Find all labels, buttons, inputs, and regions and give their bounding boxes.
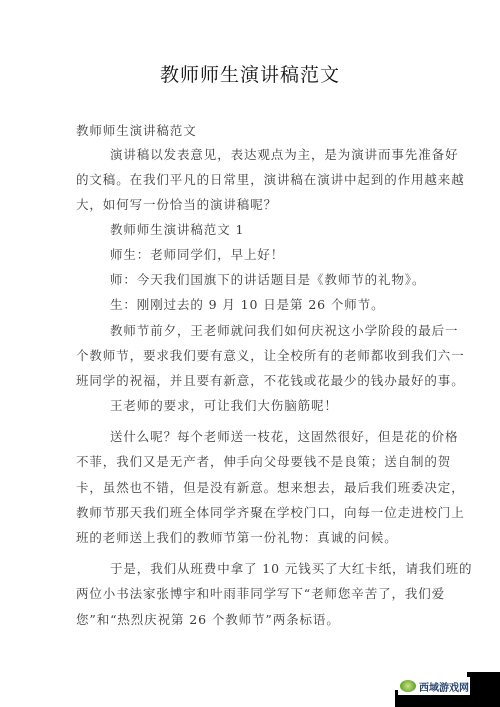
paragraph-line: 师：今天我们国旗下的讲话题目是《教师节的礼物》。 [110, 272, 425, 287]
leaf-globe-logo-icon [400, 680, 416, 692]
paragraph-line: 演讲稿以发表意见，表达观点为主，是为演讲而事先准备好 [110, 147, 458, 162]
paragraph-line: 送什么呢？每个老师送一枝花，这固然很好，但是花的价格 [110, 429, 458, 444]
paragraph-line: 的文稿。在我们平凡的日常里，演讲稿在演讲中起到的作用越来越 [76, 172, 465, 187]
watermark-text: 西域游戏网 [419, 679, 469, 694]
document-subtitle: 教师师生演讲稿范文 [76, 123, 197, 138]
paragraph-line: 卡，虽然也不错，但是没有新意。想来想去，最后我们班委决定， [76, 480, 465, 495]
paragraph-line: 您”和“热烈庆祝第 26 个教师节”两条标语。 [76, 612, 340, 627]
paragraph-line: 教师节前夕，王老师就问我们如何庆祝这小学阶段的最后一 [110, 323, 458, 338]
paragraph-line: 大，如何写一份恰当的演讲稿呢？ [76, 197, 277, 212]
paragraph-line: 个教师节，要求我们要有意义，让全校所有的老师都收到我们六一 [76, 348, 465, 363]
paragraph-line: 班的老师送上我们的教师节第一份礼物：真诚的问候。 [76, 530, 398, 545]
paragraph-line: 生：刚刚过去的 9 月 10 日是第 26 个师节。 [110, 297, 385, 312]
paragraph-line: 班同学的祝福，并且要有新意，不花钱或花最少的钱办最好的事。 [76, 373, 465, 388]
paragraph-line: 教师师生演讲稿范文 1 [110, 222, 244, 237]
paragraph-line: 不菲，我们又是无产者，伸手向父母要钱不是良策；送自制的贺 [76, 454, 451, 469]
paragraph-line: 于是，我们从班费中拿了 10 元钱买了大红卡纸，请我们班的 [110, 561, 472, 576]
watermark: 西域游戏网 [395, 672, 500, 707]
document-title: 教师师生演讲稿范文 [0, 60, 500, 87]
paragraph-line: 王老师的要求，可让我们大伤脑筋呢！ [110, 398, 338, 413]
watermark-black-block [467, 672, 500, 707]
watermark-label: 西域游戏网 [398, 677, 470, 695]
paragraph-line: 师生：老师同学们，早上好！ [110, 247, 284, 262]
paragraph-line: 教师节那天我们班全体同学齐聚在学校门口，向每一位走进校门上 [76, 505, 465, 520]
paragraph-line: 两位小书法家张博宇和叶雨菲同学写下“老师您辛苦了，我们爱 [76, 586, 445, 601]
